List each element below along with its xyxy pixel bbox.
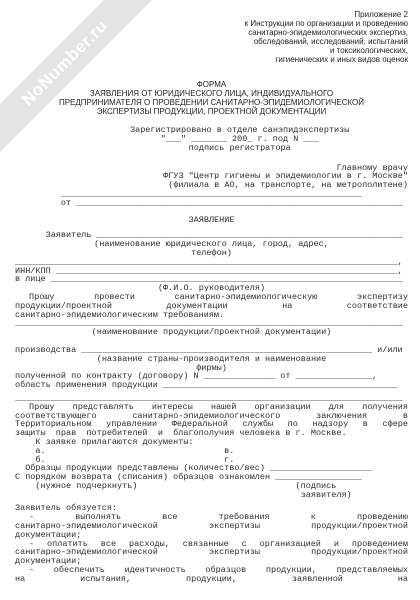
statement-body: Заявитель ______________________________…	[15, 231, 408, 583]
obligation-line: на испытания, продукции, заявленной на	[15, 575, 408, 584]
annex-line: санитарно-эпидемиологических экспертиз,	[15, 28, 408, 37]
form-title-line: ПРЕДПРИНИМАТЕЛЯ О ПРОВЕДЕНИИ САНИТАРНО-Э…	[15, 98, 408, 107]
product-name-hint: (наименование продукции/проектной докуме…	[15, 328, 408, 337]
annex-line: к Инструкции по организации и проведению	[15, 19, 408, 28]
addressee-block: Главному врачу ФГУЗ "Центр гигиены и эпи…	[15, 164, 408, 208]
signature-note: заявителя)	[15, 491, 408, 500]
annex-line: обследований, исследований, испытаний	[15, 37, 408, 46]
form-title: ФОРМА ЗАЯВЛЕНИЯ ОТ ЮРИДИЧЕСКОГО ЛИЦА, ИН…	[15, 80, 408, 116]
annex-note: Приложение 2 к Инструкции по организации…	[15, 10, 408, 64]
registration-stamp-block: Зарегистрировано в отделе санэпидэксперт…	[130, 126, 349, 152]
annex-line: и токсикологических,	[15, 46, 408, 55]
from-field: от _____________________________________…	[15, 199, 408, 208]
form-title-line: ЭКСПЕРТИЗЫ ПРОДУКЦИИ, ПРОЕКТНОЙ ДОКУМЕНТ…	[15, 107, 408, 116]
registrar-signature-label: подпись регистратора	[130, 144, 349, 153]
application-scope-field: область применения продукции ___________…	[15, 381, 408, 390]
annex-line: Приложение 2	[15, 10, 408, 19]
form-title-line: ФОРМА	[15, 80, 408, 89]
form-document-page: Приложение 2 к Инструкции по организации…	[0, 0, 420, 600]
statement-heading: ЗАЯВЛЕНИЕ	[15, 216, 408, 225]
annex-line: гигиенических и иных видов оценок	[15, 55, 408, 64]
form-title-line: ЗАЯВЛЕНИЯ ОТ ЮРИДИЧЕСКОГО ЛИЦА, ИНДИВИДУ…	[15, 89, 408, 98]
